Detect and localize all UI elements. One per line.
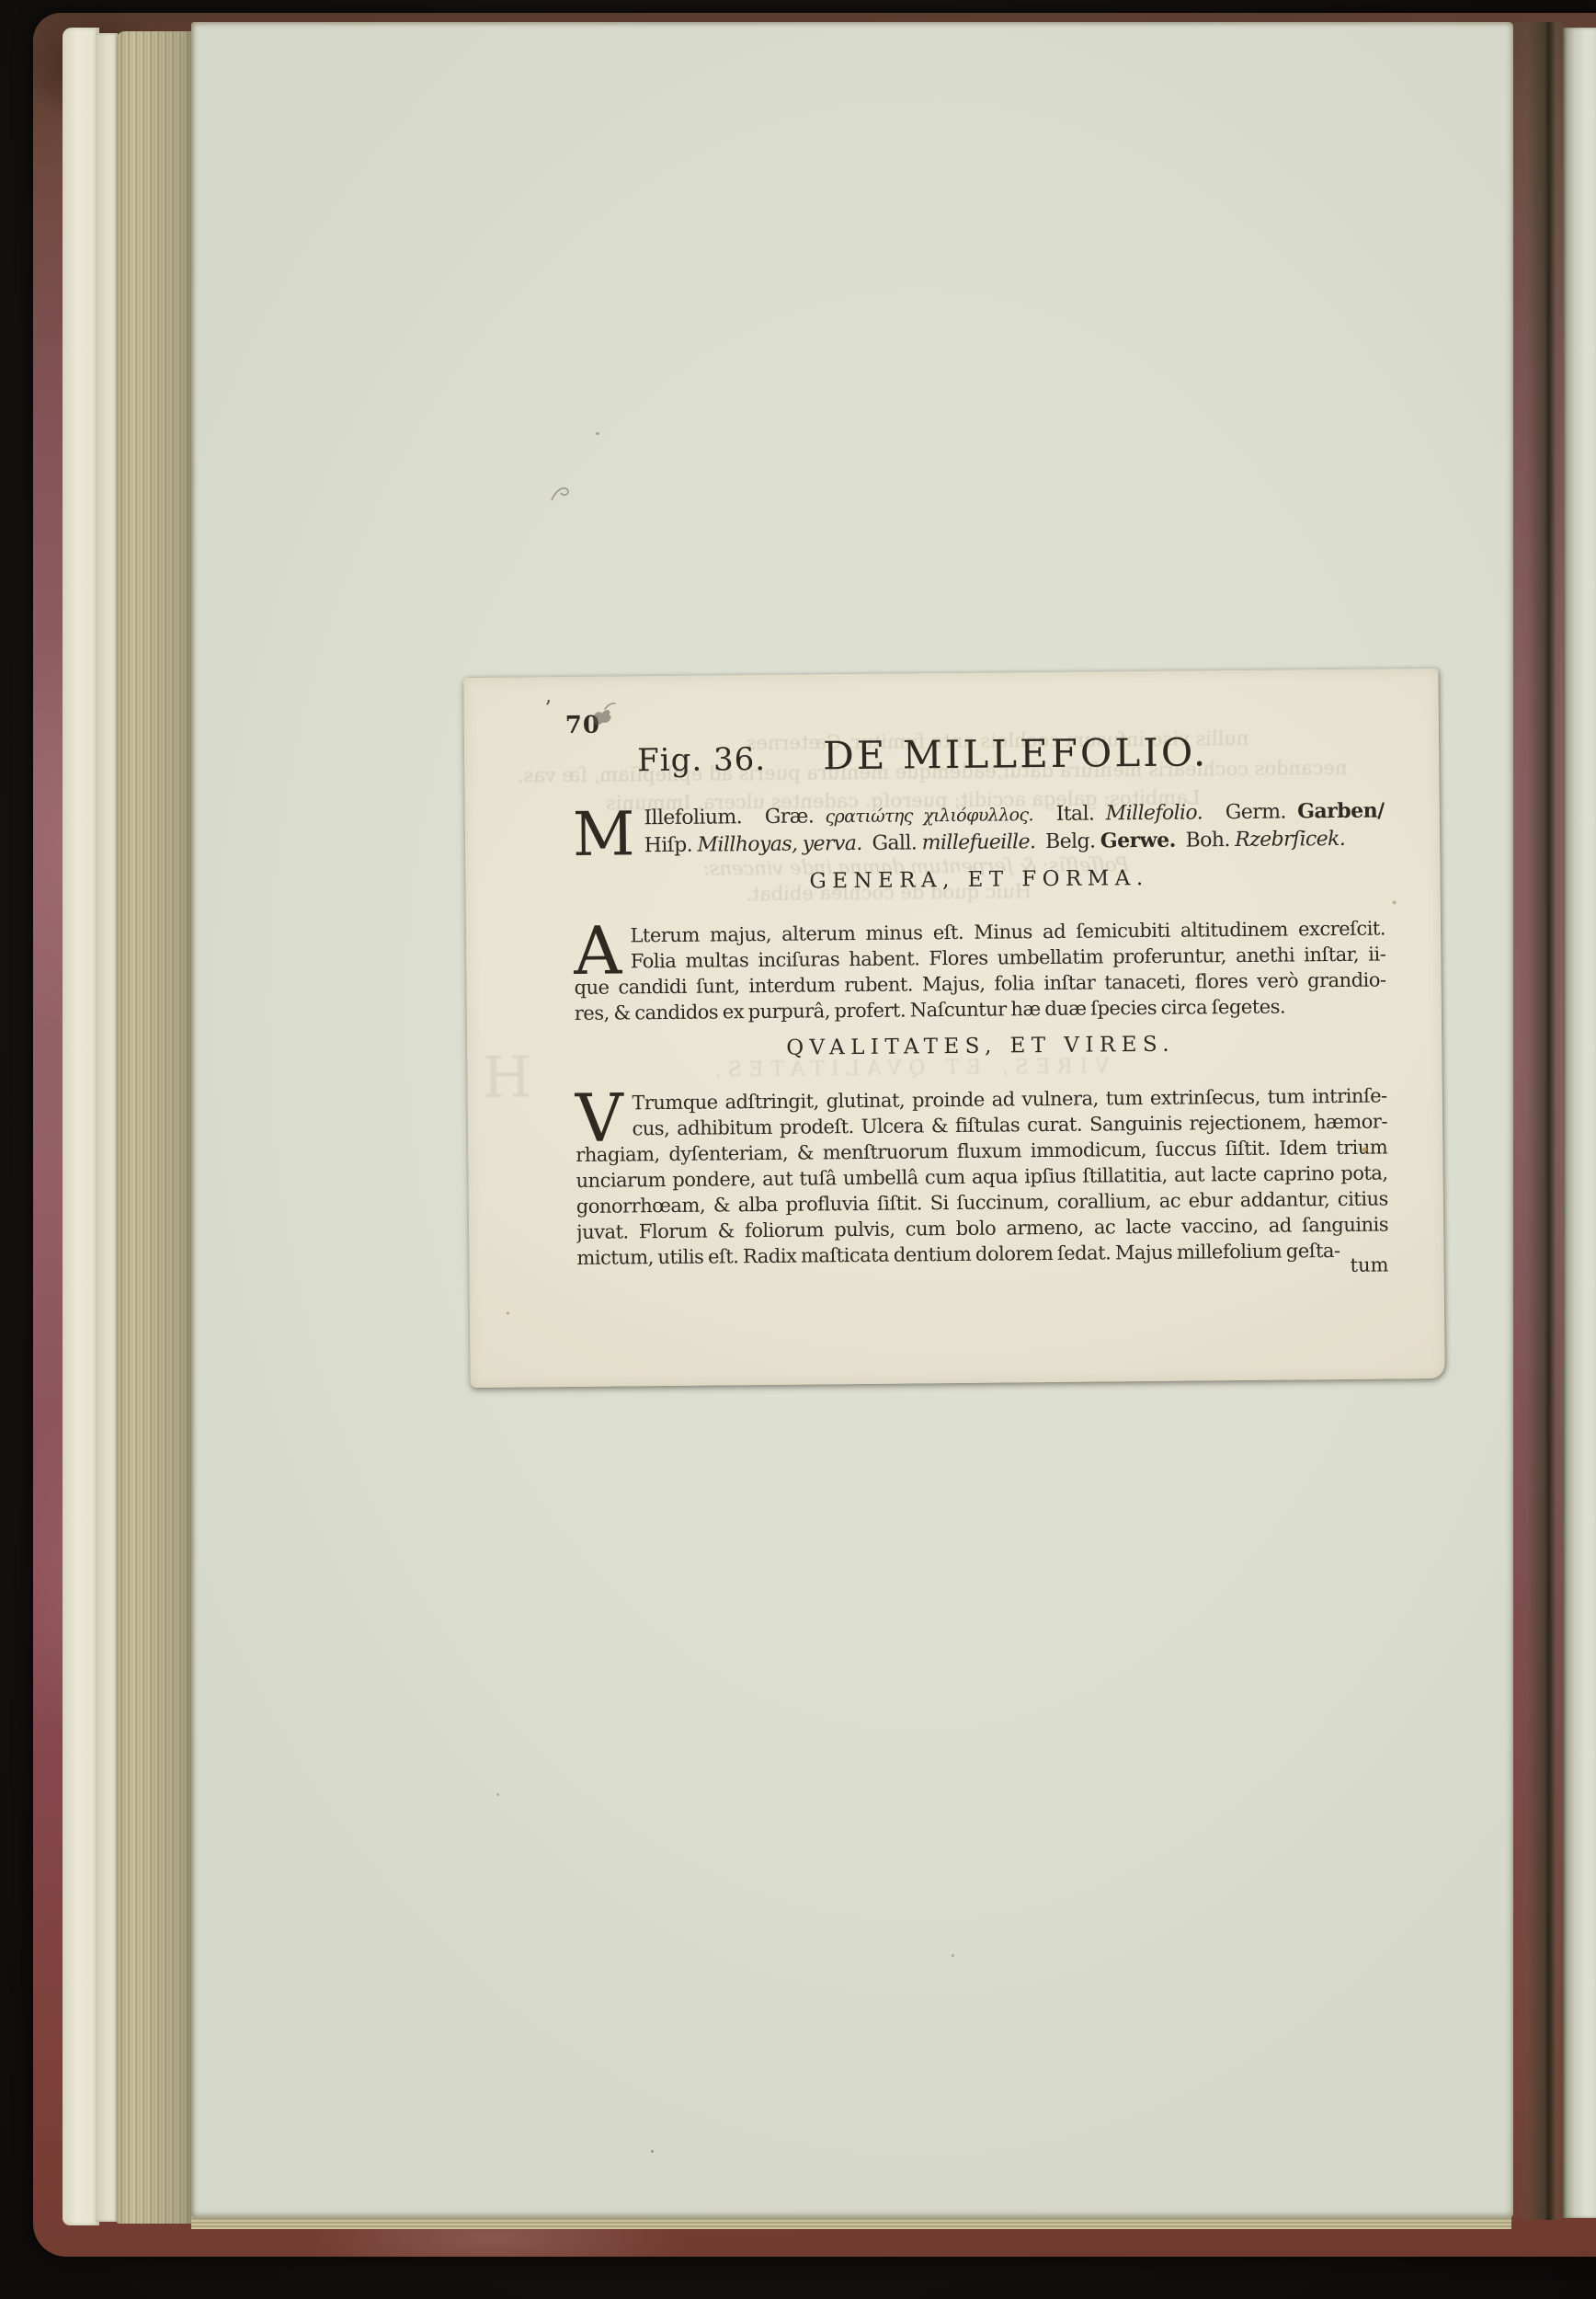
gutter-shadow [1504, 22, 1563, 2220]
drop-cap: M [573, 804, 644, 860]
french-name: millefueille. [922, 830, 1036, 854]
paper-speck [507, 1312, 509, 1315]
scanned-book-photo: nullis viso infusum cochleis ante fumitu… [0, 0, 1596, 2299]
bottom-page-edges [191, 2216, 1511, 2229]
stray-ink-mark: ’ [545, 697, 552, 720]
bohemian-name: Rzebrſicek. [1235, 828, 1345, 852]
language-label: Hiſp. [644, 834, 693, 858]
greek-name: ςρατιώτης χιλιόφυλλος. [825, 805, 1033, 827]
language-label: Germ. [1225, 801, 1286, 825]
pen-squiggle-mark [548, 480, 579, 506]
language-label: Græ. [765, 805, 815, 829]
flyleaf-page-edge-2 [96, 33, 118, 2222]
text-line: Hiſp. Millhoyas, yerva. Gall. millefueil… [644, 824, 1385, 859]
section-heading-genera: GENERA, ET FORMA. [573, 864, 1385, 895]
language-label: Ital. [1056, 803, 1095, 826]
paper-speck [496, 1793, 499, 1796]
paper-speck [651, 2150, 654, 2153]
figure-label: Fig. 36. [637, 741, 766, 779]
drop-cap: A [574, 922, 631, 975]
drop-cap: V [576, 1090, 633, 1142]
bleedthrough-initial: H [482, 1043, 532, 1111]
title-row: Fig. 36. DE MILLEFOLIO. [637, 728, 1336, 780]
flyleaf-page-edge [63, 28, 99, 2225]
language-label: Boh. [1185, 829, 1229, 852]
genera-paragraph: A Lterum majus, alterum minus eſt. Minus… [574, 915, 1386, 1025]
latin-name: Illefolium. [644, 806, 742, 829]
pasted-printed-slip: nullis viso infusum cochleis ante fumitu… [463, 669, 1444, 1388]
fanned-page-edges [116, 31, 193, 2224]
section-heading-qualitates: QVALITATES, ET VIRES. [575, 1030, 1386, 1061]
spanish-name: Millhoyas, yerva. [697, 832, 861, 857]
qualitates-paragraph: V Trumque adſtringit, glutinat, proinde … [576, 1082, 1389, 1270]
names-paragraph: M Illefolium. Græ. ςρατιώτης χιλιόφυλλος… [573, 796, 1385, 859]
paper-speck [952, 1954, 954, 1957]
paper-speck [1393, 900, 1396, 904]
paper-speck [1362, 1148, 1367, 1152]
dutch-name: Gerwe. [1100, 829, 1176, 853]
language-label: Belg. [1045, 830, 1096, 854]
ink-blot [587, 701, 618, 732]
language-label: Gall. [872, 831, 917, 854]
italian-name: Millefolio. [1106, 801, 1203, 825]
facing-page-edge [1563, 28, 1596, 2218]
page-title: DE MILLEFOLIO. [823, 729, 1209, 778]
paper-speck [596, 432, 599, 435]
